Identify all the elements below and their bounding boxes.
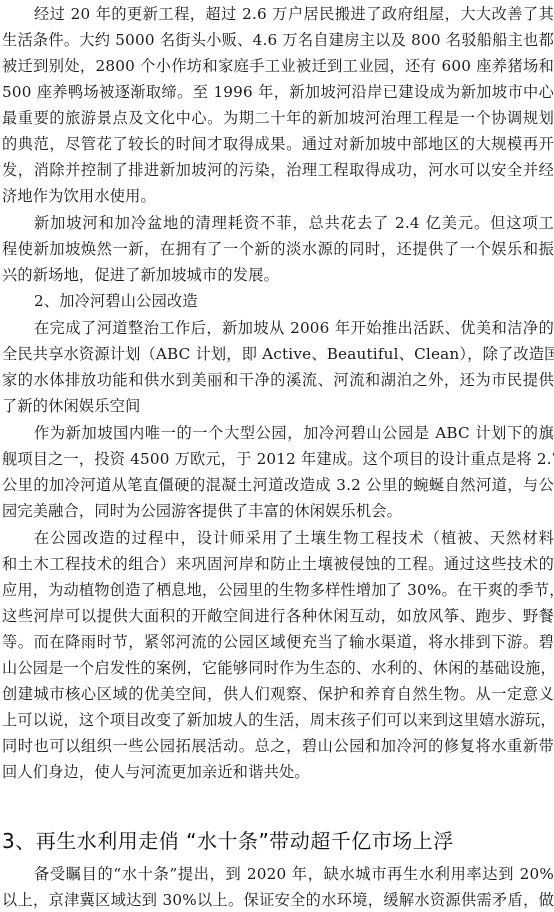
paragraph-6-line-2: 以上，京津冀区域达到 30%以上。保证安全的水环境，缓解水资源供需矛盾，做 <box>2 887 554 912</box>
paragraph-5-line-1: 在公园改造的过程中，设计师采用了土壤生物工程技术（植被、天然材料 <box>34 525 554 551</box>
paragraph-5-line-8: 上可以说，这个项目改变了新加坡人的生活，周末孩子们可以来到这里嬉水游玩， <box>2 707 554 733</box>
paragraph-4-line-2: 舰项目之一，投资 4500 万欧元，于 2012 年建成。这个项目的设计重点是将… <box>2 446 554 472</box>
paragraph-3-line-4: 了新的休闲娱乐空间 <box>2 393 554 419</box>
paragraph-5-line-2: 和土木工程技术的组合）来巩固河岸和防止土壤被侵蚀的工程。通过这些技术的 <box>2 551 554 577</box>
paragraph-2-line-3: 兴的新场地，促进了新加坡城市的发展。 <box>2 262 554 288</box>
paragraph-1-line-2: 生活条件。大约 5000 名街头小贩、4.6 万名自建房主以及 800 名驳船船… <box>2 27 554 53</box>
subsection-heading: 2、加冷河碧山公园改造 <box>34 288 554 314</box>
paragraph-1-line-1: 经过 20 年的更新工程，超过 2.6 万户居民搬进了政府组屋，大大改善了其 <box>34 1 554 27</box>
paragraph-1-line-5: 最重要的旅游景点及文化中心。为期二十年的新加坡河治理工程是一个协调规划 <box>2 105 554 131</box>
paragraph-2-line-2: 程使新加坡焕然一新，在拥有了一个新的淡水源的同时，还提供了一个娱乐和振 <box>2 236 554 262</box>
paragraph-1-line-7: 发，消除并控制了排进新加坡河的污染，治理工程取得成功，河水可以安全并经 <box>2 157 554 183</box>
section-heading: 3、再生水利用走俏 “水十条”带动超千亿市场上浮 <box>2 826 554 856</box>
paragraph-3-line-1: 在完成了河道整治工作后，新加坡从 2006 年开始推出活跃、优美和洁净的 <box>34 315 554 341</box>
paragraph-3-line-2: 全民共享水资源计划（ABC 计划，即 Active、Beautiful、Clea… <box>2 341 554 367</box>
paragraph-5-line-6: 山公园是一个启发性的案例，它能够同时作为生态的、水利的、休闲的基础设施， <box>2 655 554 681</box>
paragraph-1-line-4: 500 座养鸭场被逐渐取缔。至 1996 年，新加坡河沿岸已建设成为新加坡市中心 <box>2 79 554 105</box>
paragraph-1-line-8: 济地作为饮用水使用。 <box>2 183 554 209</box>
paragraph-4-line-4: 园完美融合，同时为公园游客提供了丰富的休闲娱乐机会。 <box>2 498 554 524</box>
paragraph-5-line-3: 应用，为动植物创造了栖息地，公园里的生物多样性增加了 30%。在干爽的季节， <box>2 577 554 603</box>
paragraph-5-line-10: 回人们身边，使人与河流更加亲近和谐共处。 <box>2 759 554 785</box>
paragraph-5-line-5: 等。而在降雨时节，紧邻河流的公园区域便充当了输水渠道，将水排到下游。碧 <box>2 629 554 655</box>
paragraph-2-line-1: 新加坡河和加冷盆地的清理耗资不菲，总共花去了 2.4 亿美元。但这项工 <box>34 210 554 236</box>
paragraph-5-line-4: 这些河岸可以提供大面积的开敞空间进行各种休闲互动，如放风筝、跑步、野餐 <box>2 603 554 629</box>
paragraph-6-line-1: 备受瞩目的“水十条”提出，到 2020 年，缺水城市再生水利用率达到 20% <box>34 861 554 887</box>
paragraph-3-line-3: 家的水体排放功能和供水到美丽和干净的溪流、河流和湖泊之外，还为市民提供 <box>2 367 554 393</box>
paragraph-1-line-6: 的典范，尽管花了较长的时间才取得成果。通过对新加坡中部地区的大规模再开 <box>2 131 554 157</box>
paragraph-5-line-7: 创建城市核心区域的优美空间，供人们观察、保护和养育自然生物。从一定意义 <box>2 681 554 707</box>
document-page: 经过 20 年的更新工程，超过 2.6 万户居民搬进了政府组屋，大大改善了其 生… <box>0 0 554 912</box>
paragraph-4-line-3: 公里的加冷河道从笔直僵硬的混凝土河道改造成 3.2 公里的蜿蜒自然河道，与公 <box>2 472 554 498</box>
paragraph-1-line-3: 被迁到别处，2800 个小作坊和家庭手工业被迁到工业园，还有 600 座养猪场和 <box>2 53 554 79</box>
paragraph-4-line-1: 作为新加坡国内唯一的一个大型公园，加冷河碧山公园是 ABC 计划下的旗 <box>34 420 554 446</box>
paragraph-5-line-9: 同时也可以组织一些公园拓展活动。总之，碧山公园和加冷河的修复将水重新带 <box>2 733 554 759</box>
